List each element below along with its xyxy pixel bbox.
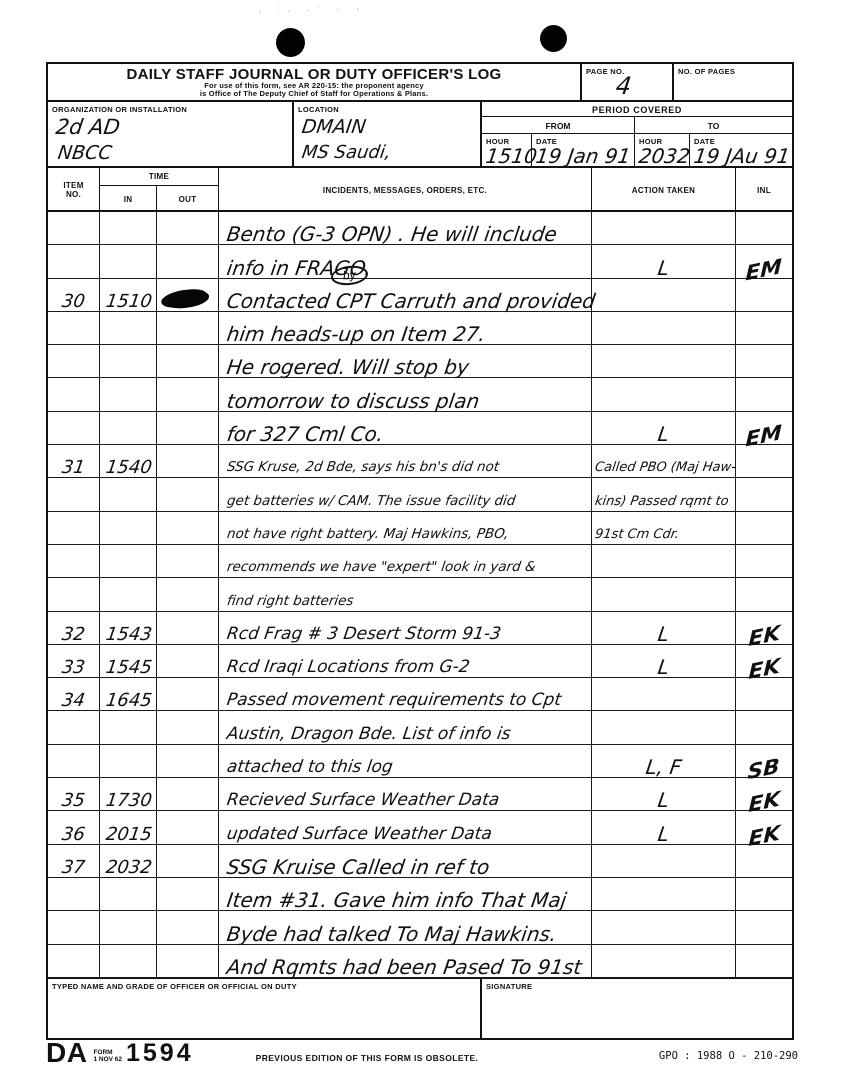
item-no-cell: [48, 412, 100, 444]
column-header-time: TIME IN OUT: [100, 168, 219, 212]
action-taken-cell: [592, 945, 736, 977]
time-out-cell: [157, 445, 219, 477]
column-header-inl: INL: [736, 168, 792, 212]
organization-cell: ORGANIZATION OR INSTALLATION 2d AD NBCC: [48, 102, 294, 166]
action-taken-cell: [592, 878, 736, 910]
signature-label: SIGNATURE: [482, 979, 792, 991]
item-no-cell: 33: [48, 645, 100, 677]
table-row: get batteries w/ CAM. The issue facility…: [48, 478, 792, 511]
incident-cell: And Rqmts had been Pased To 91st: [219, 945, 592, 977]
incident-cell: attached to this log: [219, 745, 592, 777]
incident-cell: Rcd Frag # 3 Desert Storm 91-3: [219, 612, 592, 644]
handwritten-text: Rcd Frag # 3 Desert Storm 91-3: [226, 624, 503, 644]
item-label-line2: NO.: [66, 190, 81, 199]
initials-cell: [736, 911, 792, 943]
time-in-cell: [100, 312, 157, 344]
time-in-cell: [100, 345, 157, 377]
handwritten-text: 30: [61, 291, 87, 312]
table-row: Byde had talked To Maj Hawkins.: [48, 911, 792, 944]
organization-value-line2: NBCC: [56, 142, 113, 164]
table-row: find right batteries: [48, 578, 792, 611]
time-out-cell: [157, 945, 219, 977]
incident-cell: He rogered. Will stop by: [219, 345, 592, 377]
punch-hole-icon: [540, 25, 567, 52]
page-no-cell: PAGE NO. 4: [582, 64, 674, 100]
initials-cell: [736, 711, 792, 743]
time-in-cell: [100, 512, 157, 544]
item-no-cell: [48, 878, 100, 910]
form-title-cell: DAILY STAFF JOURNAL OR DUTY OFFICER'S LO…: [48, 64, 582, 100]
time-out-cell: [157, 345, 219, 377]
incident-cell: him heads-up on Item 27.: [219, 312, 592, 344]
handwritten-text: 1730: [105, 790, 154, 811]
incident-cell: Rcd Iraqi Locations from G-2: [219, 645, 592, 677]
handwritten-text: L: [656, 422, 671, 446]
incident-cell: recommends we have "expert" look in yard…: [219, 545, 592, 577]
action-taken-cell: L: [592, 612, 736, 644]
action-taken-cell: L: [592, 245, 736, 277]
period-covered-label: PERIOD COVERED: [482, 102, 792, 117]
incident-cell: SSG Kruise Called in ref to: [219, 845, 592, 877]
scanned-document-page: · ˙· ·˙ · · DAILY STAFF JOURNAL OR DUTY …: [0, 0, 850, 1087]
action-taken-cell: [592, 545, 736, 577]
time-out-cell: [157, 711, 219, 743]
signature-cell: SIGNATURE: [482, 979, 792, 1038]
table-row: And Rqmts had been Pased To 91st: [48, 945, 792, 978]
handwritten-text: Called PBO (Maj Haw-: [594, 460, 737, 475]
column-header-action-taken: ACTION TAKEN: [592, 168, 736, 212]
table-row: Austin, Dragon Bde. List of info is: [48, 711, 792, 744]
item-no-cell: [48, 512, 100, 544]
time-out-cell: [157, 645, 219, 677]
incident-cell: find right batteries: [219, 578, 592, 610]
time-out-cell: [157, 212, 219, 244]
initials-cell: [736, 279, 792, 311]
initials-cell: [736, 945, 792, 977]
signature-band: TYPED NAME AND GRADE OF OFFICER OR OFFIC…: [48, 978, 792, 1038]
time-out-cell: [157, 612, 219, 644]
form-word: FORM: [93, 1049, 122, 1056]
table-row: 301510Contacted CPT Carruth and provided…: [48, 279, 792, 312]
handwritten-text: find right batteries: [226, 593, 355, 609]
handwritten-text: recommends we have "expert" look in yard…: [226, 559, 537, 575]
incident-cell: info in FRAGO.: [219, 245, 592, 277]
handwritten-text: kins) Passed rqmt to: [594, 494, 730, 509]
action-taken-cell: [592, 378, 736, 410]
table-row: for 327 Cml Co.LEM: [48, 412, 792, 445]
action-taken-cell: [592, 845, 736, 877]
time-in-cell: [100, 745, 157, 777]
in-out-subrow: IN OUT: [100, 186, 218, 212]
action-taken-cell: 91st Cm Cdr.: [592, 512, 736, 544]
time-in-cell: 1510: [100, 279, 157, 311]
incident-cell: SSG Kruse, 2d Bde, says his bn's did not: [219, 445, 592, 477]
table-row: attached to this logL, FSB: [48, 745, 792, 778]
typed-name-cell: TYPED NAME AND GRADE OF OFFICER OR OFFIC…: [48, 979, 482, 1038]
time-in-cell: 1730: [100, 778, 157, 810]
form-edition-stack: FORM 1 NOV 62: [93, 1049, 122, 1063]
from-date-cell: DATE 19 Jan 91: [532, 134, 635, 166]
incident-cell: tomorrow to discuss plan: [219, 378, 592, 410]
initials-cell: [736, 345, 792, 377]
from-to-row: FROM TO: [482, 117, 792, 134]
table-row: not have right battery. Maj Hawkins, PBO…: [48, 512, 792, 545]
form-subtitle-line2: is Office of The Deputy Chief of Staff f…: [48, 90, 580, 98]
handwritten-text: him heads-up on Item 27.: [225, 322, 487, 346]
time-in-cell: 2015: [100, 811, 157, 843]
incident-cell: updated Surface Weather Data: [219, 811, 592, 843]
incident-cell: Contacted CPT Carruth and providedby: [219, 279, 592, 311]
hour-date-row: HOUR 1510 DATE 19 Jan 91 HOUR 2032 DATE …: [482, 134, 792, 166]
item-no-cell: [48, 545, 100, 577]
from-date-value: 19 Jan 91: [534, 144, 632, 168]
initials-cell: [736, 378, 792, 410]
table-row: He rogered. Will stop by: [48, 345, 792, 378]
time-out-cell: [157, 245, 219, 277]
handwritten-text: 35: [61, 790, 87, 811]
handwritten-text: 2015: [105, 824, 154, 845]
out-label: OUT: [157, 186, 218, 212]
in-label: IN: [100, 186, 157, 212]
initials-cell: EK: [736, 811, 792, 843]
table-row: 331545Rcd Iraqi Locations from G-2LEK: [48, 645, 792, 678]
time-in-cell: [100, 378, 157, 410]
column-header-band: ITEM NO. TIME IN OUT INCIDENTS, MESSAGES…: [48, 168, 792, 212]
action-taken-cell: L, F: [592, 745, 736, 777]
action-taken-cell: [592, 678, 736, 710]
handwritten-text: L: [656, 788, 671, 812]
location-cell: LOCATION DMAIN MS Saudi,: [294, 102, 482, 166]
log-rows: Bento (G-3 OPN) . He will includeinfo in…: [48, 212, 792, 978]
location-label: LOCATION: [294, 102, 480, 114]
to-hour-cell: HOUR 2032: [635, 134, 690, 166]
item-no-cell: 32: [48, 612, 100, 644]
table-row: 372032SSG Kruise Called in ref to: [48, 845, 792, 878]
time-in-cell: 1540: [100, 445, 157, 477]
handwritten-text: SSG Kruse, 2d Bde, says his bn's did not: [226, 459, 500, 475]
incident-cell: not have right battery. Maj Hawkins, PBO…: [219, 512, 592, 544]
handwritten-text: 2032: [105, 857, 154, 878]
time-out-cell: [157, 845, 219, 877]
time-in-cell: [100, 578, 157, 610]
initials-cell: EK: [736, 778, 792, 810]
action-taken-cell: [592, 578, 736, 610]
table-row: info in FRAGO.LEM: [48, 245, 792, 278]
table-row: 351730Recieved Surface Weather DataLEK: [48, 778, 792, 811]
handwritten-text: And Rqmts had been Pased To 91st: [225, 955, 583, 979]
handwritten-text: attached to this log: [226, 757, 395, 777]
incident-cell: Item #31. Gave him info That Maj: [219, 878, 592, 910]
initials-cell: [736, 478, 792, 510]
item-no-cell: 34: [48, 678, 100, 710]
da-mark: DA: [46, 1040, 87, 1066]
time-out-cell: [157, 878, 219, 910]
handwritten-text: 91st Cm Cdr.: [594, 527, 680, 542]
table-row: him heads-up on Item 27.: [48, 312, 792, 345]
from-hour-value: 1510: [484, 144, 538, 168]
item-no-cell: [48, 578, 100, 610]
handwritten-text: L, F: [644, 755, 683, 779]
form-edition-date: 1 NOV 62: [93, 1056, 122, 1063]
handwritten-text: 31: [61, 457, 87, 478]
handwritten-text: L: [656, 256, 671, 280]
handwritten-text: Byde had talked To Maj Hawkins.: [225, 922, 558, 946]
incident-cell: Recieved Surface Weather Data: [219, 778, 592, 810]
handwritten-text: tomorrow to discuss plan: [225, 389, 481, 413]
handwritten-text: get batteries w/ CAM. The issue facility…: [226, 493, 517, 509]
item-no-cell: [48, 212, 100, 244]
table-row: 341645Passed movement requirements to Cp…: [48, 678, 792, 711]
handwritten-text: 36: [61, 824, 87, 845]
time-in-cell: [100, 711, 157, 743]
no-of-pages-cell: NO. OF PAGES: [674, 64, 792, 100]
item-no-cell: [48, 345, 100, 377]
form-footer: DA FORM 1 NOV 62 1594 PREVIOUS EDITION O…: [46, 1040, 802, 1066]
to-label: TO: [635, 117, 792, 133]
time-out-cell: [157, 545, 219, 577]
handwritten-text: L: [656, 655, 671, 679]
action-taken-cell: kins) Passed rqmt to: [592, 478, 736, 510]
time-in-cell: 1543: [100, 612, 157, 644]
initials-cell: [736, 212, 792, 244]
table-row: 362015updated Surface Weather DataLEK: [48, 811, 792, 844]
action-taken-cell: L: [592, 811, 736, 843]
initials-cell: [736, 312, 792, 344]
item-no-cell: 31: [48, 445, 100, 477]
time-in-cell: 1545: [100, 645, 157, 677]
time-out-cell: [157, 811, 219, 843]
incident-cell: Byde had talked To Maj Hawkins.: [219, 911, 592, 943]
column-header-incidents: INCIDENTS, MESSAGES, ORDERS, ETC.: [219, 168, 592, 212]
incident-cell: for 327 Cml Co.: [219, 412, 592, 444]
item-no-cell: [48, 478, 100, 510]
pencil-marks: · ˙· ·˙ · ·: [258, 3, 366, 17]
action-taken-cell: [592, 345, 736, 377]
table-row: 321543Rcd Frag # 3 Desert Storm 91-3LEK: [48, 612, 792, 645]
handwritten-text: SSG Kruise Called in ref to: [225, 855, 491, 879]
item-no-cell: [48, 711, 100, 743]
time-out-cell: [157, 911, 219, 943]
action-taken-cell: L: [592, 412, 736, 444]
handwritten-text: Passed movement requirements to Cpt: [226, 690, 563, 710]
ink-scribble: [162, 287, 208, 308]
time-label: TIME: [100, 168, 218, 186]
time-out-cell: [157, 378, 219, 410]
da-form-1594: DAILY STAFF JOURNAL OR DUTY OFFICER'S LO…: [46, 62, 794, 1040]
time-in-cell: [100, 911, 157, 943]
initials-cell: SB: [736, 745, 792, 777]
gpo-print-code: GPO : 1988 O - 210-290: [659, 1050, 798, 1062]
handwritten-text: 1545: [105, 657, 154, 678]
time-out-cell: [157, 312, 219, 344]
action-taken-cell: [592, 711, 736, 743]
item-no-cell: [48, 312, 100, 344]
item-no-cell: 36: [48, 811, 100, 843]
handwritten-text: Contacted CPT Carruth and provided: [225, 289, 597, 313]
to-date-cell: DATE 19 JAu 91: [690, 134, 792, 166]
initials-cell: [736, 545, 792, 577]
time-out-cell: [157, 512, 219, 544]
initials-cell: EK: [736, 645, 792, 677]
form-number: 1594: [126, 1040, 194, 1066]
page-no-value: 4: [614, 72, 633, 100]
column-header-item-no: ITEM NO.: [48, 168, 100, 212]
org-location-period-band: ORGANIZATION OR INSTALLATION 2d AD NBCC …: [48, 102, 792, 168]
location-value-line1: DMAIN: [300, 116, 367, 138]
location-value-line2: MS Saudi,: [301, 142, 393, 163]
time-in-cell: [100, 545, 157, 577]
time-in-cell: 2032: [100, 845, 157, 877]
organization-value-line1: 2d AD: [54, 115, 121, 139]
item-no-cell: [48, 945, 100, 977]
time-in-cell: [100, 245, 157, 277]
initials-cell: EM: [736, 412, 792, 444]
action-taken-cell: L: [592, 778, 736, 810]
time-in-cell: [100, 878, 157, 910]
item-no-cell: [48, 245, 100, 277]
handwritten-text: Austin, Dragon Bde. List of info is: [226, 724, 512, 744]
organization-label: ORGANIZATION OR INSTALLATION: [48, 102, 292, 114]
handwritten-text: 1645: [105, 690, 154, 711]
form-title: DAILY STAFF JOURNAL OR DUTY OFFICER'S LO…: [48, 67, 580, 82]
incident-cell: Austin, Dragon Bde. List of info is: [219, 711, 592, 743]
time-out-cell: [157, 478, 219, 510]
handwritten-text: 1510: [105, 291, 154, 312]
item-no-cell: [48, 911, 100, 943]
item-no-cell: 30: [48, 279, 100, 311]
handwritten-text: 1543: [105, 624, 154, 645]
punch-hole-icon: [276, 28, 305, 57]
initials-cell: [736, 512, 792, 544]
handwritten-text: 1540: [105, 457, 154, 478]
handwritten-text: Rcd Iraqi Locations from G-2: [226, 657, 471, 677]
typed-name-label: TYPED NAME AND GRADE OF OFFICER OR OFFIC…: [48, 979, 480, 991]
title-band: DAILY STAFF JOURNAL OR DUTY OFFICER'S LO…: [48, 64, 792, 102]
handwritten-text: 34: [61, 690, 87, 711]
incident-cell: Bento (G-3 OPN) . He will include: [219, 212, 592, 244]
action-taken-cell: [592, 312, 736, 344]
item-label-line1: ITEM: [63, 181, 83, 190]
obsolete-notice: PREVIOUS EDITION OF THIS FORM IS OBSOLET…: [256, 1053, 479, 1063]
handwritten-text: Bento (G-3 OPN) . He will include: [225, 222, 558, 246]
incident-cell: get batteries w/ CAM. The issue facility…: [219, 478, 592, 510]
table-row: tomorrow to discuss plan: [48, 378, 792, 411]
to-date-value: 19 JAu 91: [692, 144, 791, 168]
initials-cell: EM: [736, 245, 792, 277]
time-out-cell: [157, 745, 219, 777]
handwritten-text: 32: [61, 624, 87, 645]
initials-cell: [736, 845, 792, 877]
time-out-cell: [157, 678, 219, 710]
time-out-cell: [157, 279, 219, 311]
handwritten-text: 33: [61, 657, 87, 678]
initials-cell: [736, 578, 792, 610]
handwritten-text: 37: [61, 857, 87, 878]
handwritten-text: not have right battery. Maj Hawkins, PBO…: [226, 526, 510, 542]
period-covered-cell: PERIOD COVERED FROM TO HOUR 1510 DATE 19…: [482, 102, 792, 166]
time-out-cell: [157, 778, 219, 810]
incident-cell: Passed movement requirements to Cpt: [219, 678, 592, 710]
initials-cell: EK: [736, 612, 792, 644]
handwritten-text: Item #31. Gave him info That Maj: [225, 888, 568, 912]
action-taken-cell: Called PBO (Maj Haw-: [592, 445, 736, 477]
action-taken-cell: [592, 911, 736, 943]
initials-cell: [736, 445, 792, 477]
action-taken-cell: [592, 212, 736, 244]
handwritten-text: L: [656, 822, 671, 846]
to-hour-value: 2032: [637, 144, 691, 168]
item-no-cell: 37: [48, 845, 100, 877]
handwritten-text: He rogered. Will stop by: [225, 355, 470, 379]
item-no-cell: [48, 745, 100, 777]
table-row: recommends we have "expert" look in yard…: [48, 545, 792, 578]
action-taken-cell: [592, 279, 736, 311]
handwritten-text: for 327 Cml Co.: [225, 422, 385, 446]
time-out-cell: [157, 578, 219, 610]
handwritten-text: updated Surface Weather Data: [226, 824, 494, 844]
time-in-cell: [100, 945, 157, 977]
time-out-cell: [157, 412, 219, 444]
no-of-pages-label: NO. OF PAGES: [674, 64, 792, 76]
item-no-cell: 35: [48, 778, 100, 810]
item-no-cell: [48, 378, 100, 410]
time-in-cell: [100, 478, 157, 510]
from-hour-cell: HOUR 1510: [482, 134, 532, 166]
time-in-cell: [100, 212, 157, 244]
from-label: FROM: [482, 117, 635, 133]
initials-cell: [736, 878, 792, 910]
initials-cell: [736, 678, 792, 710]
handwritten-text: L: [656, 622, 671, 646]
table-row: 311540SSG Kruse, 2d Bde, says his bn's d…: [48, 445, 792, 478]
time-in-cell: 1645: [100, 678, 157, 710]
handwritten-text: Recieved Surface Weather Data: [226, 790, 501, 810]
time-in-cell: [100, 412, 157, 444]
table-row: Bento (G-3 OPN) . He will include: [48, 212, 792, 245]
action-taken-cell: L: [592, 645, 736, 677]
table-row: Item #31. Gave him info That Maj: [48, 878, 792, 911]
